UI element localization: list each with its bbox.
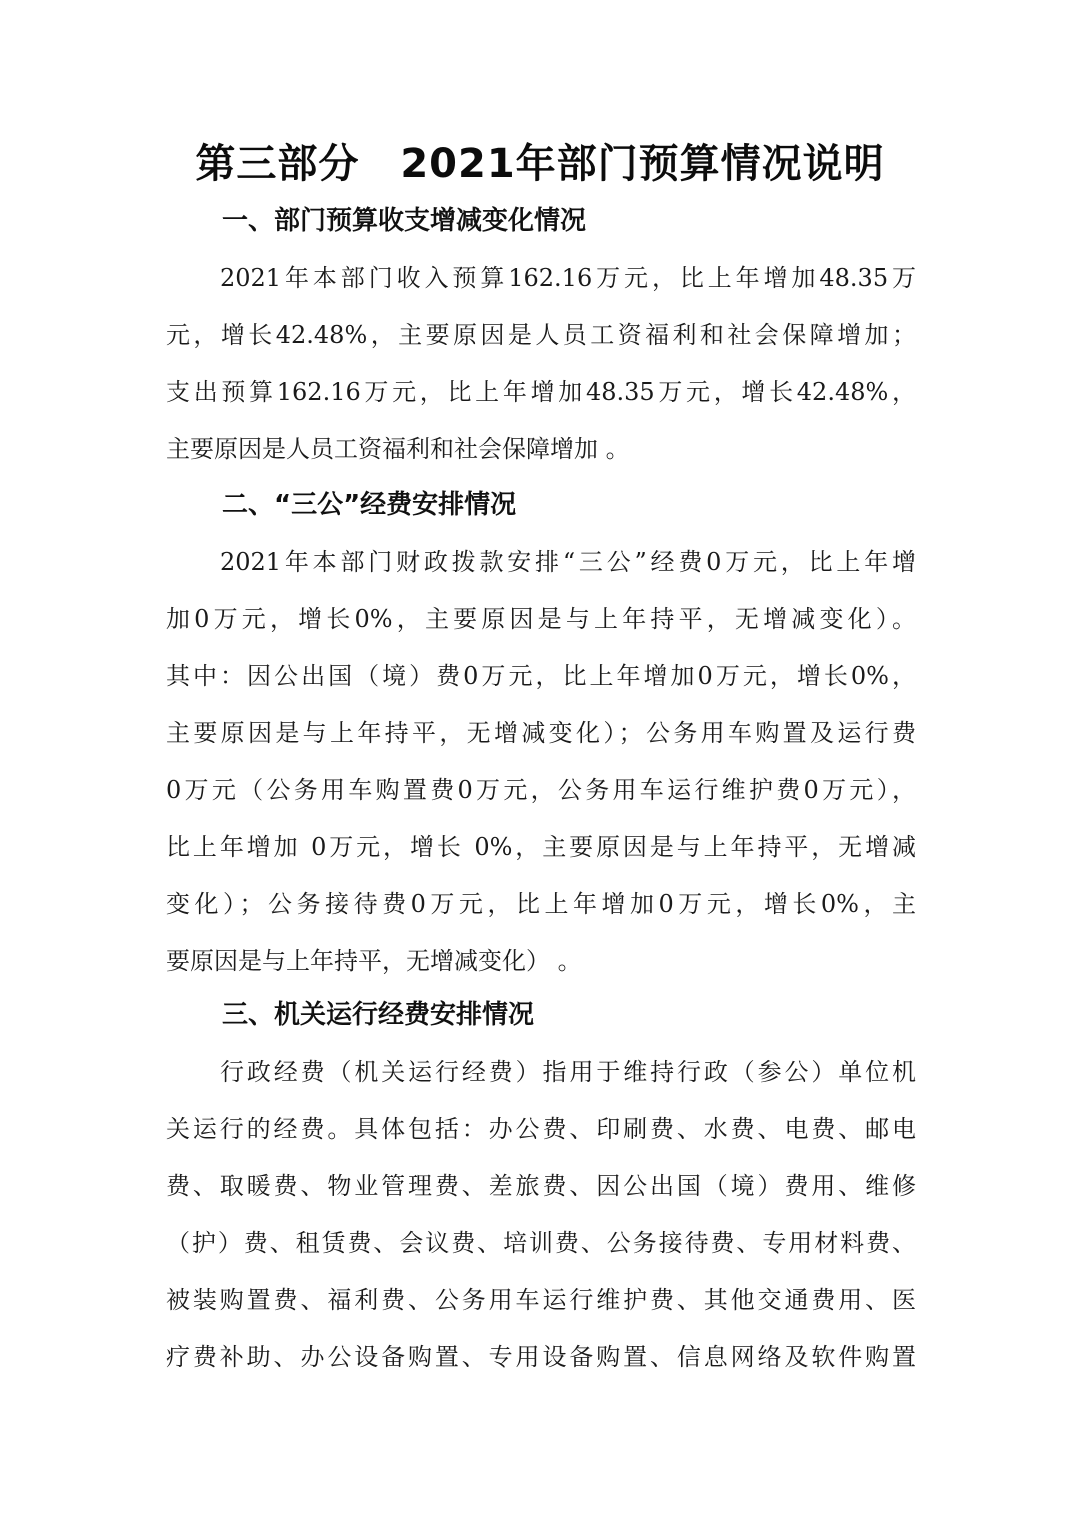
paragraph-line: 2021年本部门财政拨款安排“三公”经费0万元，比上年增	[220, 542, 916, 577]
paragraph-line: 要原因是与上年持平，无增减变化） 。	[166, 941, 916, 976]
document-page: 第三部分 2021年部门预算情况说明 一、部门预算收支增减变化情况 2021年本…	[0, 0, 1080, 1527]
paragraph-line: 变化）；公务接待费0万元，比上年增加0万元，增长0%，主	[166, 884, 916, 919]
paragraph-line: 0万元（公务用车购置费0万元，公务用车运行维护费0万元），	[166, 770, 916, 805]
paragraph-line: 被装购置费、福利费、公务用车运行维护费、其他交通费用、医	[166, 1280, 916, 1315]
paragraph-line: 关运行的经费。具体包括：办公费、印刷费、水费、电费、邮电	[166, 1109, 916, 1144]
paragraph-line: 2021年本部门收入预算162.16万元，比上年增加48.35万	[220, 258, 916, 293]
paragraph-line: 其中：因公出国（境）费0万元，比上年增加0万元，增长0%，	[166, 656, 916, 691]
paragraph-line: （护）费、租赁费、会议费、培训费、公务接待费、专用材料费、	[166, 1223, 916, 1258]
paragraph-line: 加0万元，增长0%，主要原因是与上年持平，无增减变化）。	[166, 599, 916, 634]
paragraph-line: 疗费补助、办公设备购置、专用设备购置、信息网络及软件购置	[166, 1337, 916, 1372]
section-heading-3: 三、机关运行经费安排情况	[222, 994, 534, 1031]
paragraph-line: 行政经费（机关运行经费）指用于维持行政（参公）单位机	[220, 1052, 916, 1087]
paragraph-line: 元，增长42.48%，主要原因是人员工资福利和社会保障增加；	[166, 315, 916, 350]
paragraph-line: 主要原因是人员工资福利和社会保障增加 。	[166, 429, 916, 464]
paragraph-line: 主要原因是与上年持平，无增减变化）；公务用车购置及运行费	[166, 713, 916, 748]
paragraph-line: 费、取暖费、物业管理费、差旅费、因公出国（境）费用、维修	[166, 1166, 916, 1201]
section-heading-1: 一、部门预算收支增减变化情况	[222, 200, 586, 237]
page-title: 第三部分 2021年部门预算情况说明	[0, 132, 1080, 189]
paragraph-line: 支出预算162.16万元，比上年增加48.35万元，增长42.48%，	[166, 372, 916, 407]
section-heading-2: 二、“三公”经费安排情况	[222, 484, 516, 521]
paragraph-line: 比上年增加 0万元，增长 0%，主要原因是与上年持平，无增减	[166, 827, 916, 862]
